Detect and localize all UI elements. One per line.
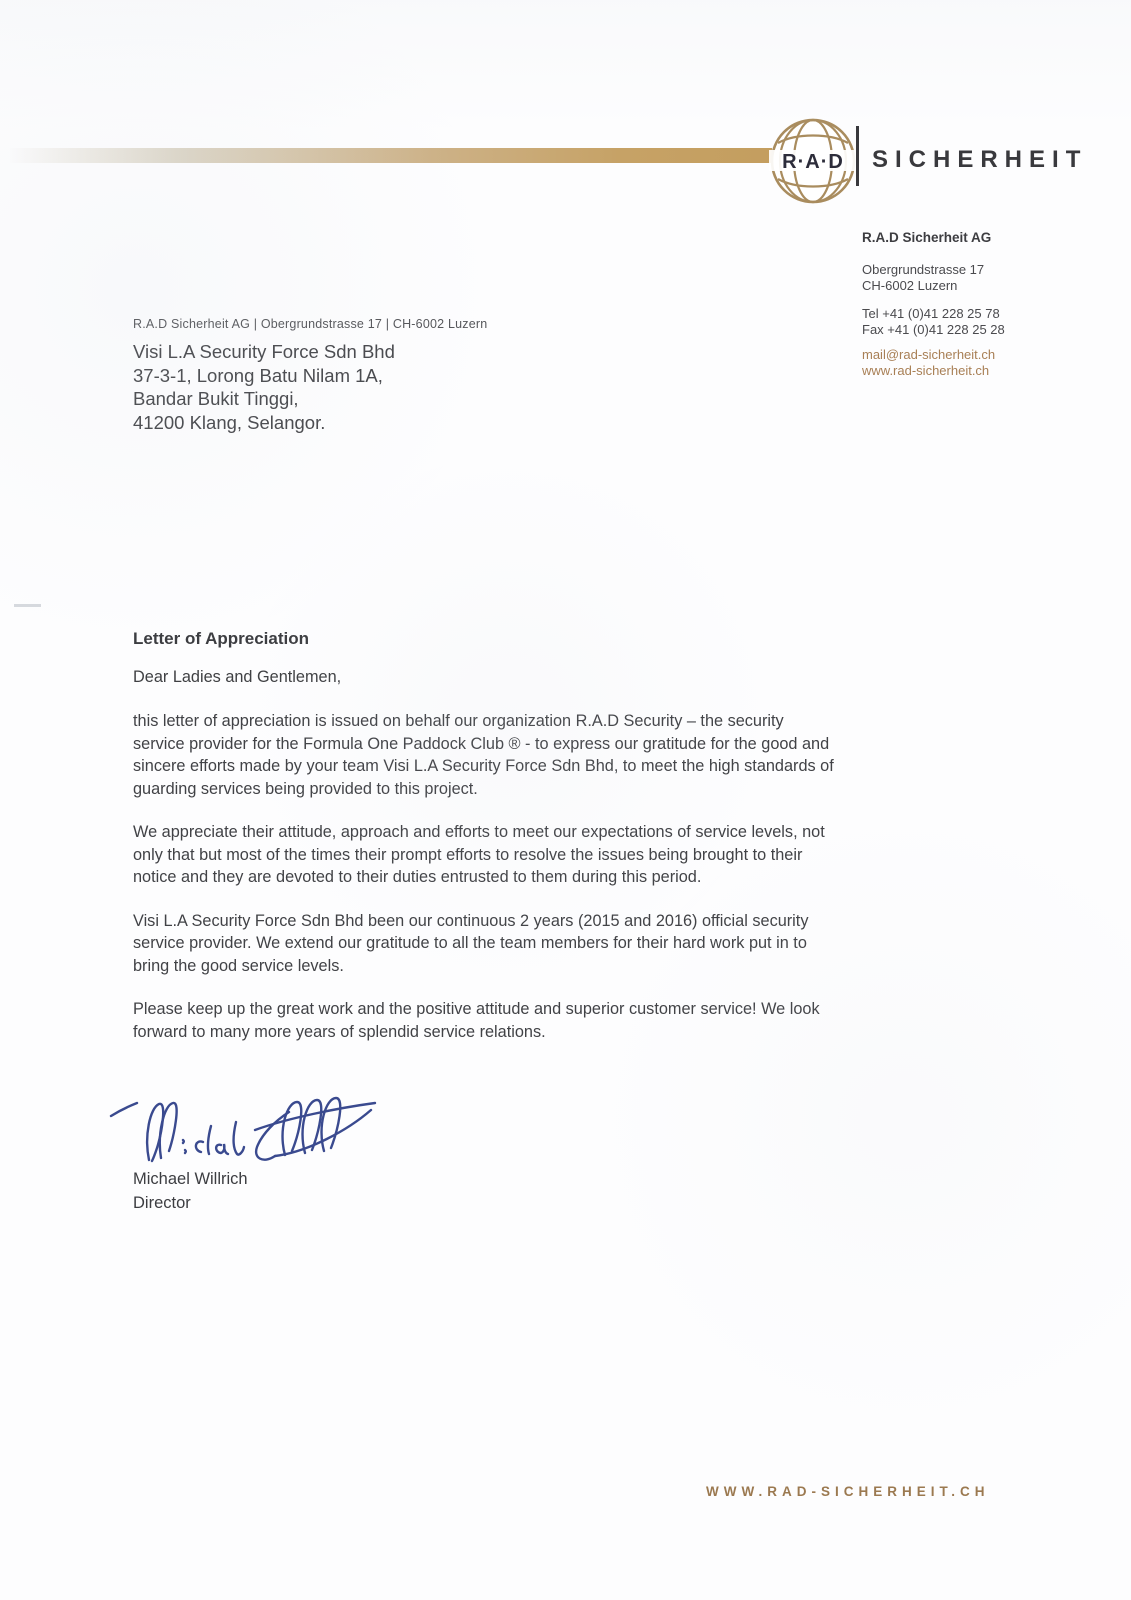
paragraph-1: this letter of appreciation is issued on… [133,710,1001,800]
sender-return-line: R.A.D Sicherheit AG | Obergrundstrasse 1… [133,317,487,331]
company-address: Obergrundstrasse 17 CH-6002 Luzern [862,262,984,293]
salutation: Dear Ladies and Gentlemen, [133,668,341,687]
signer-title: Director [133,1194,191,1213]
company-logo: R·A·D [766,114,860,208]
paragraph-2: We appreciate their attitude, approach a… [133,821,1001,889]
letter-subject: Letter of Appreciation [133,629,309,649]
logo-wordmark: SICHERHEIT [872,146,1087,174]
footer-website: WWW.RAD-SICHERHEIT.CH [706,1484,990,1499]
logo-divider [856,126,859,186]
signer-name: Michael Willrich [133,1170,248,1189]
fold-mark [14,604,41,607]
logo-rad-text: R·A·D [782,151,844,173]
company-email-web: mail@rad-sicherheit.ch www.rad-sicherhei… [862,347,995,378]
letter-body: this letter of appreciation is issued on… [133,710,1001,1064]
company-name: R.A.D Sicherheit AG [862,230,991,245]
letter-page: R·A·D SICHERHEIT R.A.D Sicherheit AG Obe… [0,0,1131,1600]
recipient-address: Visi L.A Security Force Sdn Bhd 37-3-1, … [133,340,395,434]
paragraph-3: Visi L.A Security Force Sdn Bhd been our… [133,910,1001,978]
paragraph-4: Please keep up the great work and the po… [133,998,1001,1043]
signature-image [103,1088,393,1170]
globe-logo-icon: R·A·D [766,114,860,208]
gold-gradient-bar [10,148,772,163]
company-phones: Tel +41 (0)41 228 25 78 Fax +41 (0)41 22… [862,306,1005,337]
